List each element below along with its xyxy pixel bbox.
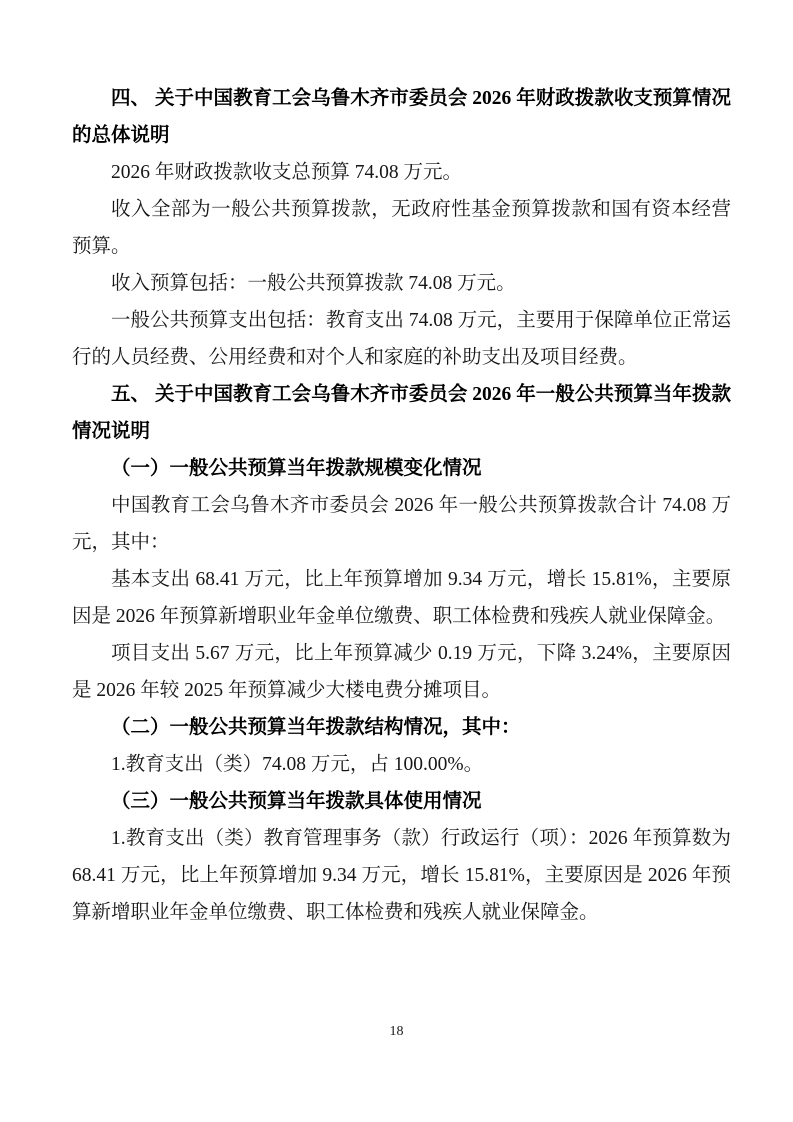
subsection-heading: （一）一般公共预算当年拨款规模变化情况 bbox=[72, 450, 731, 487]
page-footer: 18 bbox=[0, 1022, 793, 1040]
body-paragraph: 收入预算包括：一般公共预算拨款 74.08 万元。 bbox=[72, 265, 731, 302]
document-content: 四、 关于中国教育工会乌鲁木齐市委员会 2026 年财政拨款收支预算情况的总体说… bbox=[72, 80, 731, 931]
body-paragraph: 一般公共预算支出包括：教育支出 74.08 万元，主要用于保障单位正常运行的人员… bbox=[72, 302, 731, 376]
body-paragraph: 中国教育工会乌鲁木齐市委员会 2026 年一般公共预算拨款合计 74.08 万元… bbox=[72, 487, 731, 561]
body-paragraph: 项目支出 5.67 万元，比上年预算减少 0.19 万元，下降 3.24%，主要… bbox=[72, 635, 731, 709]
body-paragraph: 1.教育支出（类）教育管理事务（款）行政运行（项）：2026 年预算数为 68.… bbox=[72, 820, 731, 931]
section-heading: 四、 关于中国教育工会乌鲁木齐市委员会 2026 年财政拨款收支预算情况的总体说… bbox=[72, 80, 731, 154]
subsection-heading: （二）一般公共预算当年拨款结构情况，其中： bbox=[72, 709, 731, 746]
section-heading: 五、 关于中国教育工会乌鲁木齐市委员会 2026 年一般公共预算当年拨款情况说明 bbox=[72, 376, 731, 450]
document-page: 四、 关于中国教育工会乌鲁木齐市委员会 2026 年财政拨款收支预算情况的总体说… bbox=[0, 0, 793, 1122]
body-paragraph: 2026 年财政拨款收支总预算 74.08 万元。 bbox=[72, 154, 731, 191]
body-paragraph: 1.教育支出（类）74.08 万元，占 100.00%。 bbox=[72, 746, 731, 783]
page-number: 18 bbox=[390, 1024, 404, 1039]
body-paragraph: 收入全部为一般公共预算拨款，无政府性基金预算拨款和国有资本经营预算。 bbox=[72, 191, 731, 265]
body-paragraph: 基本支出 68.41 万元，比上年预算增加 9.34 万元，增长 15.81%，… bbox=[72, 561, 731, 635]
subsection-heading: （三）一般公共预算当年拨款具体使用情况 bbox=[72, 783, 731, 820]
